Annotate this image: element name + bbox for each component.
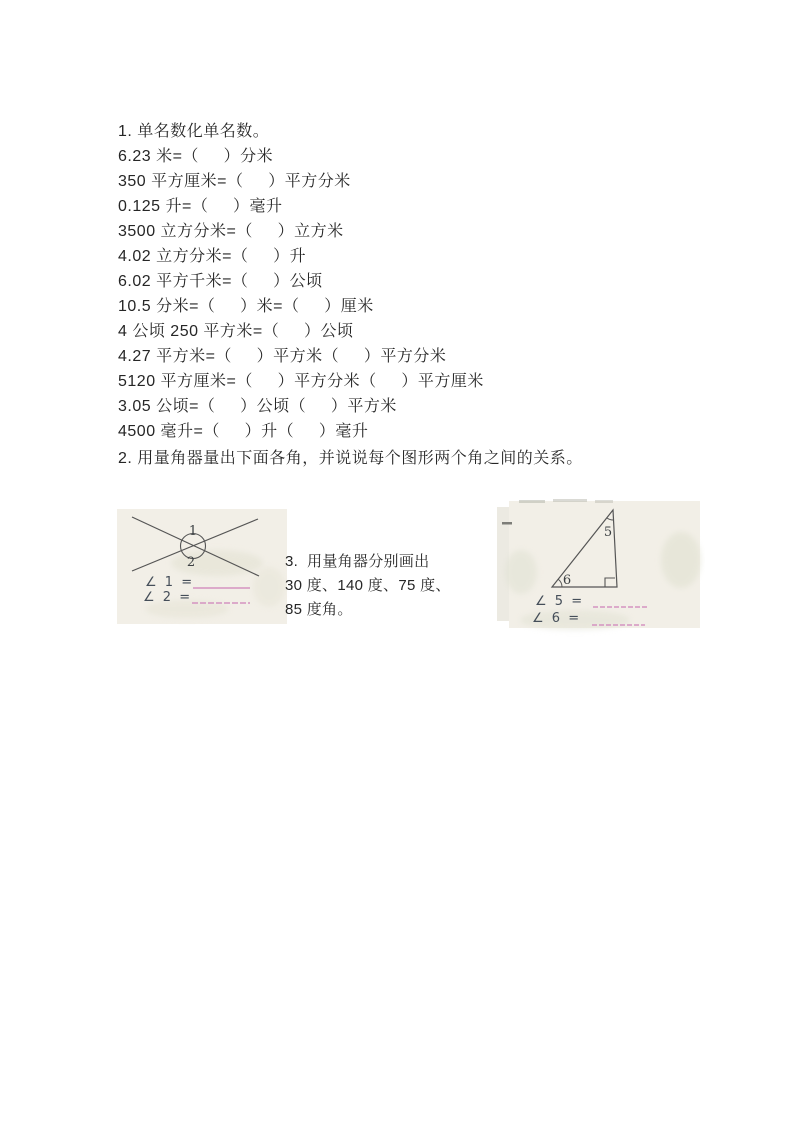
- conversion-line-8: 4 公顷 250 平方米=（ ）公顷: [118, 319, 484, 344]
- conversion-line-3: 0.125 升=（ ）毫升: [118, 194, 484, 219]
- conversion-line-4: 3500 立方分米=（ ）立方米: [118, 219, 484, 244]
- conversion-line-1: 6.23 米=（ ）分米: [118, 144, 484, 169]
- worksheet-page: 1. 单名数化单名数。 6.23 米=（ ）分米 350 平方厘米=（ ）平方分…: [0, 0, 793, 1122]
- conversion-line-7: 10.5 分米=（ ）米=（ ）厘米: [118, 294, 484, 319]
- section-3-draw-angles: 3. 用量角器分别画出 30 度、140 度、75 度、 85 度角。: [285, 550, 451, 622]
- right-triangle-figure: 5 6 ∠ 5 = ∠ 6 =: [495, 488, 705, 640]
- conversion-line-12: 4500 毫升=（ ）升（ ）毫升: [118, 419, 484, 444]
- section-1-heading: 1. 单名数化单名数。: [118, 119, 484, 144]
- angle-6-answer-label: ∠ 6 =: [532, 611, 581, 626]
- section-3-line-3: 85 度角。: [285, 598, 451, 622]
- scan-bleed-artifact: [505, 550, 537, 594]
- angle-2-answer-label: ∠ 2 =: [143, 590, 192, 605]
- angle-5-label: 5: [604, 525, 612, 540]
- angle-6-label: 6: [563, 573, 571, 588]
- angle-1-answer-label: ∠ 1 =: [145, 575, 194, 590]
- conversion-line-5: 4.02 立方分米=（ ）升: [118, 244, 484, 269]
- angle-5-answer-label: ∠ 5 =: [535, 594, 584, 609]
- cutoff-text-artifact: [519, 500, 545, 503]
- stray-dash-artifact: [502, 522, 512, 525]
- conversion-line-2: 350 平方厘米=（ ）平方分米: [118, 169, 484, 194]
- angle-1-label: 1: [189, 524, 197, 539]
- conversion-line-6: 6.02 平方千米=（ ）公顷: [118, 269, 484, 294]
- cutoff-text-artifact: [595, 500, 613, 503]
- section-1-conversions: 1. 单名数化单名数。 6.23 米=（ ）分米 350 平方厘米=（ ）平方分…: [118, 119, 484, 444]
- conversion-line-11: 3.05 公顷=（ ）公顷（ ）平方米: [118, 394, 484, 419]
- section-3-line-2: 30 度、140 度、75 度、: [285, 574, 451, 598]
- crossing-lines-figure: 1 2 ∠ 1 = ∠ 2 =: [117, 505, 289, 625]
- scan-bleed-artifact: [253, 567, 285, 607]
- section-3-line-1: 3. 用量角器分别画出: [285, 550, 451, 574]
- scan-bleed-artifact: [661, 532, 701, 588]
- angle-2-label: 2: [187, 555, 195, 570]
- section-2-heading: 2. 用量角器量出下面各角，并说说每个图形两个角之间的关系。: [118, 446, 583, 471]
- conversion-line-9: 4.27 平方米=（ ）平方米（ ）平方分米: [118, 344, 484, 369]
- conversion-line-10: 5120 平方厘米=（ ）平方分米（ ）平方厘米: [118, 369, 484, 394]
- cutoff-text-artifact: [553, 499, 587, 502]
